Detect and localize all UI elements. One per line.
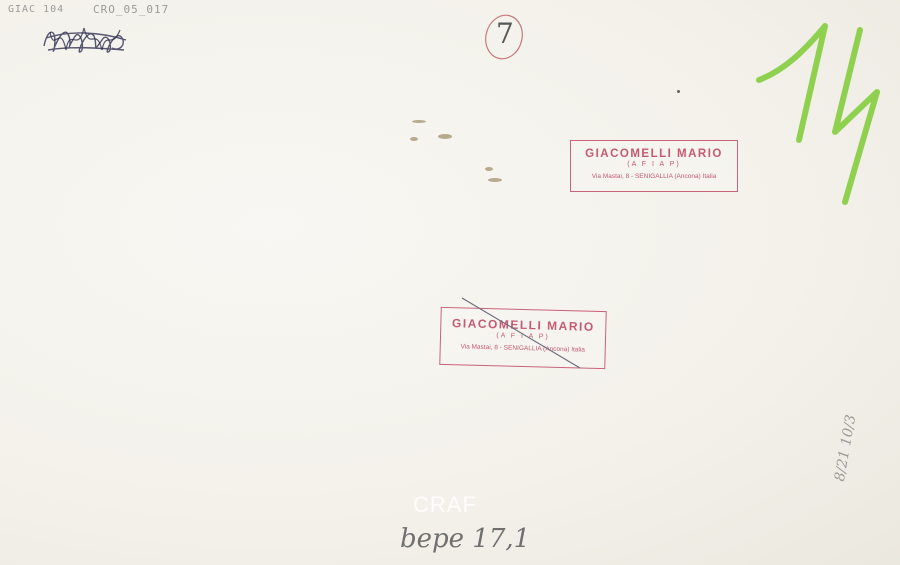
inventory-code: GIAC 104 xyxy=(8,4,64,15)
bottom-note: bepe 17,1 xyxy=(400,524,530,554)
ink-scribble xyxy=(40,20,130,60)
photographer-stamp: GIACOMELLI MARIO (A F I A P) Via Mastai,… xyxy=(570,140,738,192)
stain-spot xyxy=(410,137,418,141)
stain-spot xyxy=(677,90,680,93)
green-crayon-number xyxy=(755,20,885,210)
circled-number: 7 xyxy=(496,17,514,50)
stain-spot xyxy=(412,120,426,123)
stain-spot xyxy=(485,167,493,171)
watermark: CRAF xyxy=(413,492,477,518)
stain-spot xyxy=(488,178,502,182)
stain-spot xyxy=(438,134,452,139)
stamp-address: Via Mastai, 8 - SENIGALLIA (Ancona) Ital… xyxy=(571,173,737,180)
archive-code: CRO_05_017 xyxy=(93,3,169,16)
strike-through-line xyxy=(460,296,585,371)
stamp-name: GIACOMELLI MARIO xyxy=(571,148,737,160)
stamp-affiliation: (A F I A P) xyxy=(571,161,737,168)
